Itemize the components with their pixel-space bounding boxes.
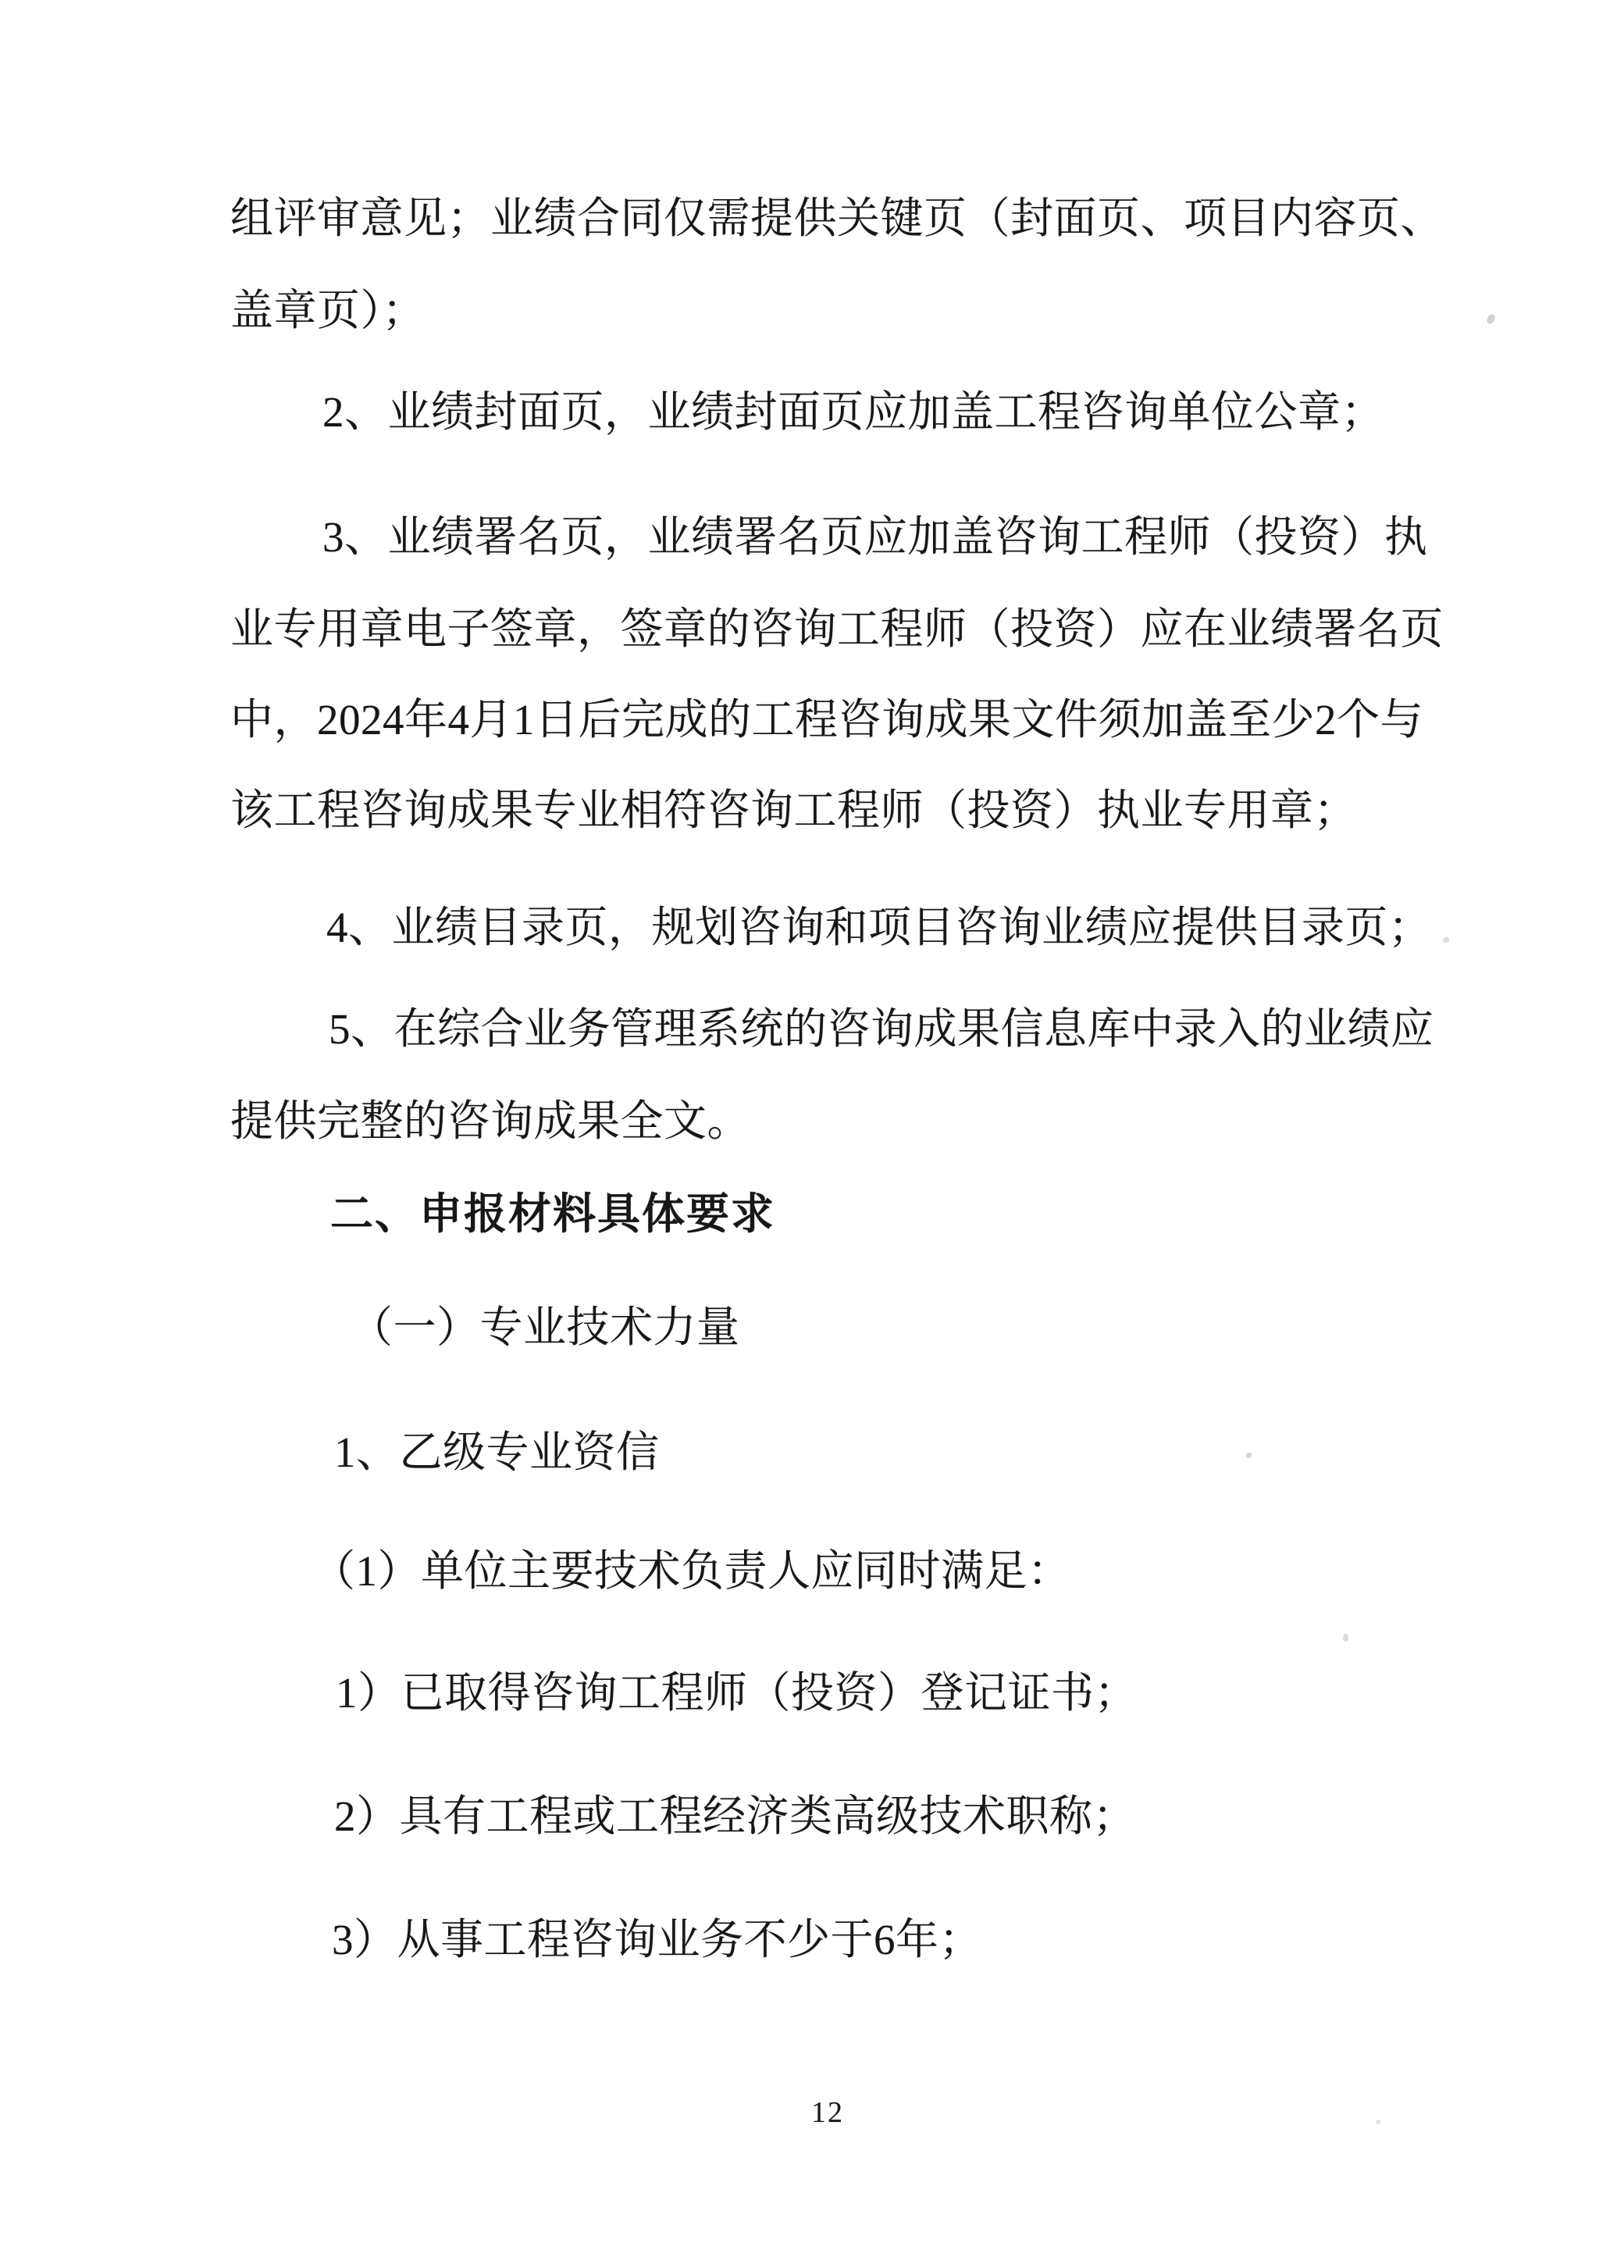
text-line-item-3: 3、业绩署名页，业绩署名页应加盖咨询工程师（投资）执 [322,492,1428,583]
text-line-point-1: 1）已取得咨询工程师（投资）登记证书； [336,1648,1138,1738]
text-line-continuation: 业专用章电子签章，签章的咨询工程师（投资）应在业绩署名页 [230,584,1444,675]
text-line-item-2: 2、业绩封面页，业绩封面页应加盖工程咨询单位公章； [322,367,1384,458]
text-line-item-5: 5、在综合业务管理系统的咨询成果信息库中录入的业绩应 [329,984,1434,1075]
text-line-point-2: 2）具有工程或工程经济类高级技术职称； [334,1771,1136,1862]
scan-speck [1443,937,1449,943]
text-line-point-3: 3）从事工程咨询业务不少于6年； [332,1895,982,1985]
scan-speck [1486,313,1496,325]
section-heading: 二、申报材料具体要求 [330,1168,775,1259]
text-line-continuation: 该工程咨询成果专业相符咨询工程师（投资）执业专用章； [230,765,1357,856]
subsection-heading: （一）专业技术力量 [350,1282,740,1373]
scan-speck [1342,1633,1349,1642]
text-line-continuation: 中，2024年4月1日后完成的工程咨询成果文件须加盖至少2个与 [230,675,1423,765]
page-number: 12 [16,2090,1624,2135]
document-page: 组评审意见；业绩合同仅需提供关键页（封面页、项目内容页、 盖章页）； 2、业绩封… [0,0,1624,2268]
text-line-subitem-1: （1）单位主要技术负责人应同时满足： [312,1526,1071,1617]
text-line-item-1: 1、乙级专业资信 [334,1407,660,1498]
text-line-item-4: 4、业绩目录页，规划咨询和项目咨询业绩应提供目录页； [326,883,1432,973]
text-line-continuation: 组评审意见；业绩合同仅需提供关键页（封面页、项目内容页、 [230,173,1444,264]
text-line-continuation: 盖章页）； [230,266,426,356]
text-line-continuation: 提供完整的咨询成果全文。 [230,1076,750,1167]
scan-speck [1246,1453,1252,1458]
